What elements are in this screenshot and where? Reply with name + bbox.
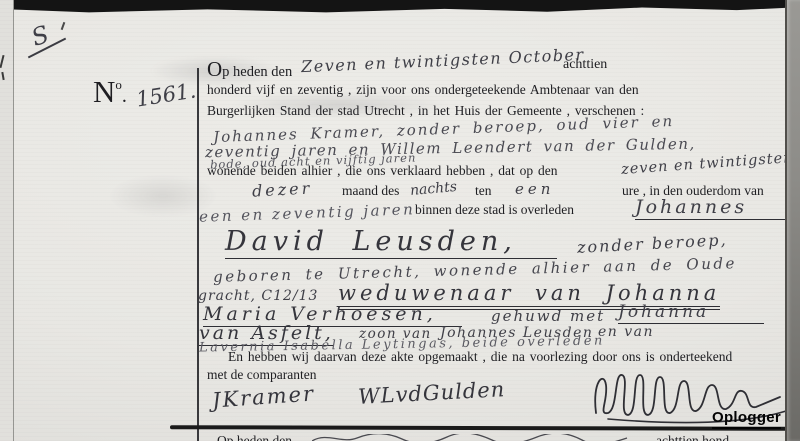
handwritten-date: zeven en twintigsten [621,150,794,178]
printed-text: maand des [342,183,399,199]
scanned-death-record: S No.1561. Op heden den Zeven en twintig… [0,0,800,441]
handwritten-text: een [515,180,554,198]
handwritten-text: nachts [409,179,457,199]
printed-text: Op heden den [207,57,292,82]
number-label-dot: . [122,85,127,107]
printed-text: wonende beiden alhier , die ons verklaar… [207,163,558,179]
next-act-partial-line: Op heden den achttien hond [212,433,788,441]
act-number-value: 1561. [134,78,197,111]
printed-text: ten [475,183,492,199]
number-label-superscript: o [115,77,122,92]
handwritten-age: een en zeventig jaren [199,200,416,226]
printed-text: achttien [563,57,607,73]
margin-rule [197,68,199,441]
printed-text: binnen deze stad is overleden [415,202,574,218]
handwritten-surname: David Leusden, [225,226,557,259]
printed-text-fragment: Op heden den [217,433,292,441]
signature-kramer: JKramer [211,381,315,412]
handwritten-date: Zeven en twintigsten October [301,45,585,76]
page-left-edge [0,0,14,441]
act-number-block: No.1561. [93,74,196,110]
handwritten-text: dezer [252,178,313,200]
printed-text: honderd vijf en zeventig , zijn voor ons… [207,82,639,98]
handwritten-address: gracht, C12/13 [198,288,318,304]
oplogger-watermark: Oplogger [712,409,781,429]
handwritten-text: gehuwd met [491,307,605,325]
handwritten-text: zonder beroep, [577,230,728,257]
act-divider-line [170,425,791,431]
handwritten-first-name: Johannes [635,196,800,220]
small-ink-tick [61,22,66,30]
scan-edge-top [10,0,800,13]
signature-van-der-gulden: WLvdGulden [357,377,505,409]
handwritten-spouse-name: Johanna [618,302,764,324]
printed-text-fragment: achttien hond [656,433,729,441]
printed-text: met de comparanten [207,367,316,383]
handwritten-text: en van [598,324,654,340]
handwriting-fragment [312,434,642,441]
scan-edge-right [785,0,800,441]
number-label: N [93,74,115,109]
